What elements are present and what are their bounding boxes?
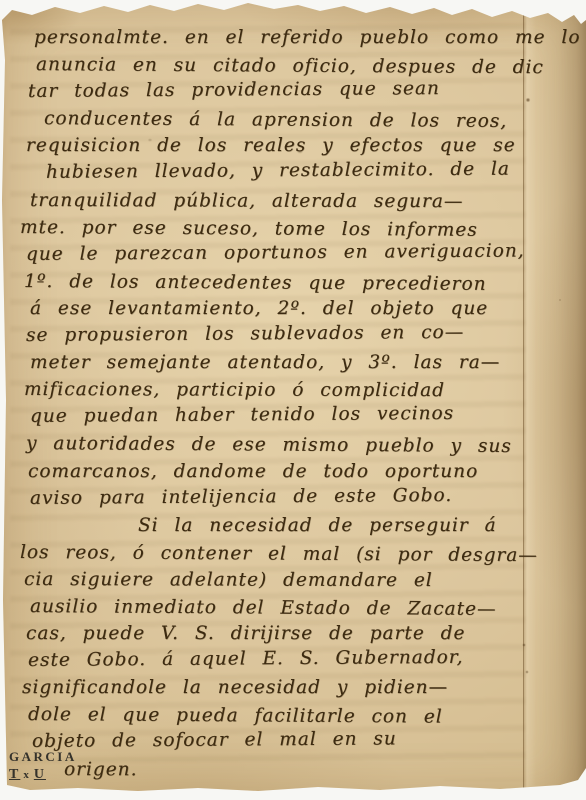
manuscript-line: que puedan haber tenido los vecinos — [20, 400, 524, 431]
manuscript-line: se propusieron los sublevados en co— — [20, 319, 524, 350]
manuscript-line: este Gobo. á aquel E. S. Gubernador, — [20, 644, 524, 675]
manuscript-line: conducentes á la aprension de los reos, — [20, 105, 524, 135]
stamp-t: T — [9, 767, 20, 782]
manuscript-line: los reos, ó contener el mal (si por desg… — [20, 539, 524, 569]
manuscript-line: hubiesen llevado, y restablecimito. de l… — [20, 156, 524, 187]
manuscript-line: que le parezcan oportunos en averiguacio… — [20, 237, 524, 268]
manuscript-line: objeto de sofocar el mal en su — [20, 725, 524, 756]
scanned-manuscript-page: GARCIA TxU personalmte. en el referido p… — [0, 0, 586, 800]
manuscript-line: comarcanos, dandome de todo oportuno — [20, 458, 524, 485]
manuscript-line: á ese levantamiento, 2º. del objeto que — [20, 295, 524, 322]
manuscript-line: ausilio inmediato del Estado de Zacate— — [20, 593, 524, 623]
manuscript-lines: personalmte. en el referido pueblo como … — [20, 24, 524, 783]
manuscript-line: 1º. de los antecedentes que precedieron — [20, 268, 524, 298]
manuscript-line: tranquilidad pública, alterada segura— — [20, 187, 524, 215]
paper-sheet: GARCIA TxU personalmte. en el referido p… — [0, 0, 586, 800]
manuscript-line: personalmte. en el referido pueblo como … — [20, 24, 524, 51]
manuscript-line: aviso para intelijencia de este Gobo. — [20, 481, 524, 512]
manuscript-line: Si la necesidad de perseguir á — [20, 512, 524, 539]
manuscript-line: tar todas las providencias que sean — [20, 75, 524, 106]
manuscript-line: significandole la necesidad y pidien— — [20, 674, 524, 701]
manuscript-line: cia siguiere adelante) demandare el — [20, 566, 524, 594]
manuscript-line: origen. — [20, 756, 524, 784]
manuscript-line: y autoridades de ese mismo pueblo y sus — [20, 430, 524, 460]
manuscript-line: meter semejante atentado, y 3º. las ra— — [20, 349, 524, 376]
